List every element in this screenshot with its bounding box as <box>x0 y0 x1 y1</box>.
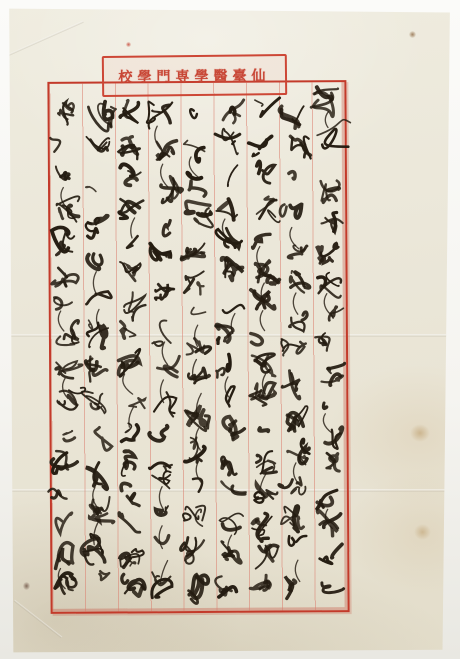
age-spot <box>410 424 430 442</box>
paper-crease <box>5 21 83 57</box>
letter-column: 員豫算ノ件モ未確定ニ有之ニ付 <box>148 84 181 624</box>
letter-column: 難ク、當分ハ見合セ、文藤君ヲ <box>82 84 115 624</box>
letter-column: ノ方法モ無之、尚來年度ノ教授增 <box>181 84 214 624</box>
ink-speck <box>23 582 30 590</box>
scanned-letter-photo: 仙臺醫學専門學校 謹呈 先般御申越之件、陳者藤野君ニ就テハ只今講師トシテ勤續中ノ… <box>0 0 460 659</box>
age-spot <box>414 524 431 540</box>
age-spot <box>409 31 416 38</box>
letter-column: 必ズ教授ニ採用ストノ御約束ハ致シ <box>115 84 148 624</box>
letter-column: 並ニ醫師トシテ御採用相成度、醫師 <box>49 84 82 624</box>
letter-column: 目下ノ處教授ハ定員ニ達シ居リ何等 <box>214 84 247 624</box>
letter-column: 謹呈 先般御申越之件、陳者藤野君ニ <box>313 84 346 624</box>
letter-column: 追々本官ニ採用ノ心組ニ有之候得共 <box>247 84 280 624</box>
letter-column: 就テハ只今講師トシテ勤續中ノ處 <box>280 84 313 624</box>
ink-speck <box>126 42 131 47</box>
letter-text-columns: 謹呈 先般御申越之件、陳者藤野君ニ就テハ只今講師トシテ勤續中ノ處追々本官ニ採用ノ… <box>49 84 346 624</box>
letter-paper: 仙臺醫學専門學校 謹呈 先般御申越之件、陳者藤野君ニ就テハ只今講師トシテ勤續中ノ… <box>0 0 460 659</box>
